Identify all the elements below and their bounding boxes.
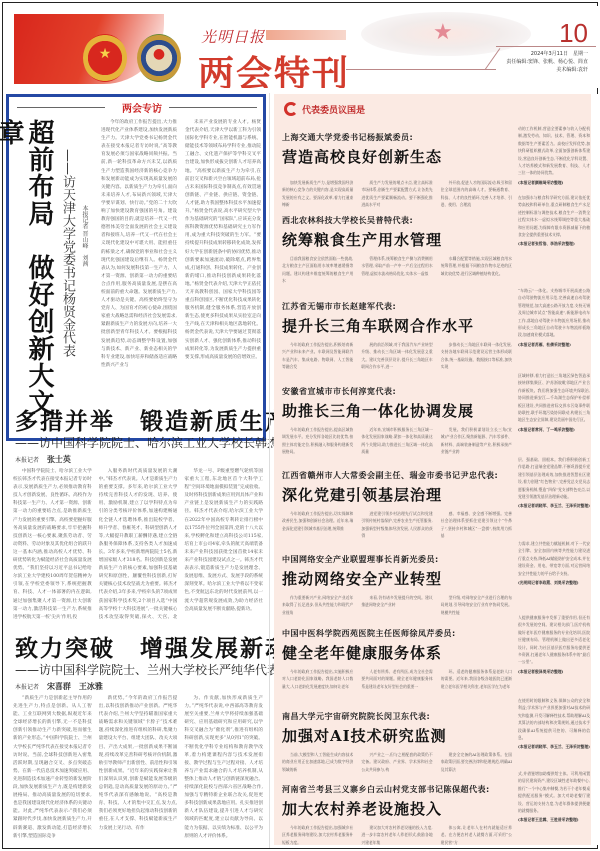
brief-item: 安徽省宣城市市长何淳宽代表: 助推长三角一体化协调发展 今年的政府工作报告提出,… xyxy=(282,386,590,421)
brief-side-column: 力需求,建立共性能力赋能机制,对下一代安全引擎、安全加固内核等共性能力建设进行重… xyxy=(518,540,590,586)
body-column: 来看,仍有诸多发展提升的空间。建议推进网络安全产业转 xyxy=(361,594,432,624)
date-line: 2024年3月11日 星期一 xyxy=(506,50,588,58)
body-column: 兴产业之一,但与之相配套的政策仍不完备。建议政府、产业界、学术界和社会公众共同参… xyxy=(361,751,432,781)
star-icon: ★ xyxy=(433,20,453,45)
brief-side-column: 层、强基础、固根本。我们将积极创新工作思路,打造瑞金党建品牌,不断巩固提升党建引… xyxy=(518,456,590,510)
reporter-credit: (本报记者苏雁、杜倩采访整理) xyxy=(518,341,590,348)
side-text: 在使用时的限制和义务,保障公众的安全和利益;学术界与产业界要加强对AI技术的研究… xyxy=(518,698,590,740)
byline-names: 晋山峰 刘茜 xyxy=(81,231,88,267)
feature-byline: 本报记者 晋山峰 刘茜 xyxy=(79,205,89,267)
body-column: 作为重要新兴产业,网络安全产业近年来取得了长足进步,但从共性能力和现代产业视角 xyxy=(282,594,353,624)
article-headline: 多措并举 锻造新质生产力 xyxy=(15,403,315,436)
brief-body: 今年的政府工作报告提出,积极培育新兴产业和未来产业。车联网及智能网联汽车是汽车、… xyxy=(282,341,512,371)
edition-info: 2024年3月11日 星期一 责任编辑:窦锋、张帆、杨心悦、简直 美术编辑:袁轩 xyxy=(506,50,588,74)
body-column: 水耦合配置等措施,实现区域粮食用水统筹管理,并根据不同粮食作物水足迹的区域比较优… xyxy=(441,255,512,285)
article-subheadline: ——访中国科学院院士、哈尔滨工业大学校长韩杰才代表 xyxy=(15,434,315,451)
reporter-credit: (本报记者常河、丁一鸣采访整理) xyxy=(518,426,590,433)
article-body: “新质生产力是创新起主导作用的先进生产力,特点是创新。从人工智能、工业互联网到大… xyxy=(13,695,263,843)
brief-body: 今年的政府工作报告提出,切实保障和改善民生,加强和创新社会治理。近年来,瑞金深化… xyxy=(282,510,512,540)
article-headline: 致力突破 增强发展新动能 xyxy=(15,630,315,663)
body-column: 步推动长三角地区车联网一体化发展,支持各地车联网示范建设运营主体形成联合体,统一… xyxy=(441,341,512,371)
brief-body: 当前,大模型和人工智能生成内容技术的商业应用正在加速落地,已成为数字经济领域的新… xyxy=(282,751,512,781)
panel-header: 代表委员议国是 xyxy=(284,102,365,116)
rubric-rule-left xyxy=(17,107,105,108)
body-column: 感、幸福感、安全感不断增强。完善社会治理体系要抓住党建引领这个“牛鼻子”,坚持乡… xyxy=(441,510,512,540)
brief-body: 加快发展新质生产力,是增强我国经济新的核心竞争力的关键内容,是实现高质量发展的应… xyxy=(282,179,512,209)
brief-side-column: 在使用时的限制和义务,保障公众的安全和利益;学术界与产业界要加强对AI技术的研究… xyxy=(518,697,590,751)
body-column: 质生产力发展的堵点卡点,建立高标准市场体系,创新生产要素配置方式,让各类先进优质… xyxy=(361,179,432,209)
body-column: 新优势。”今年的政府工作报告提出,以科技创新推动产业创新。严纯华代表介绍,兰州大… xyxy=(99,695,178,843)
page-number: 10 xyxy=(559,18,588,49)
body-column: 型升级,对网络安全产业进行合理的布局规划,引导网络安全行业有序协同发展。规模共性… xyxy=(441,594,512,624)
article-byline: 本报记者 宋喜群 王冰雅 xyxy=(15,681,103,692)
body-column: 展的前沿领域,对于我国汽车产业转型升级、推动长三角区域一体化发展意义重大。建议完… xyxy=(361,341,432,371)
body-column: 体公寓,让老年人在村内就能适应养老。在方便农村老人就餐方面,可采用“公建民营”方 xyxy=(441,824,512,846)
reporter-credit: (本报记者胡晓军、李玉兰、王泽采访整理) xyxy=(518,743,590,750)
brief-item: 河南省兰考县三义寨乡白云山村党支部书记陈保超代表: 加大农村养老设施投入 今年的… xyxy=(282,784,590,819)
body-column: 人老有所养、老有所医,成为全社会需要共同面对的课题。健全老年健康服务体系是建设老… xyxy=(361,668,432,698)
body-column: 环。适老的健康服务体系是老龄人口的需要。近年来,我国各级各地医院已逐渐建立老年医… xyxy=(441,668,512,698)
byline-names: 宋喜群 王冰雅 xyxy=(47,681,103,691)
header-rule xyxy=(346,69,496,70)
brief-item: 江苏省无锡市市长赵建军代表: 提升长三角车联网合作水平 今年的政府工作报告提出,… xyxy=(282,301,590,336)
brief-body: 今年的政府工作报告提出,提高区域协调发展水平。充分发挥各地区比较优势,按照主体功… xyxy=(282,426,512,456)
byline-label: 本报记者 xyxy=(81,205,88,229)
brief-side-column: 人提供健康服务中发挥了重要作用,但还有很多发展的空间。建议相关部门,医疗机构做好… xyxy=(518,614,590,675)
column-divider xyxy=(269,93,270,848)
body-column: 管理体系,统筹粮食生产侧与消费侧用水管理,采取产前一产中一产后全过程用水管理,虚… xyxy=(361,255,432,285)
body-column: 建安全完备的AI治理政策体系。在国家政策层面,要完善法律和伦理规范,明确AI及其… xyxy=(441,751,512,781)
reporter-credit: (本报记者张哲浩、李浩采访整理) xyxy=(518,240,590,247)
cppcc-emblem-icon: ● xyxy=(137,34,181,82)
side-text: 力需求,建立共性能力赋能机制,对下一代安全引擎、安全加固内核等共性能力建设进行重… xyxy=(518,541,590,576)
side-text: “车路云”一体化。支持城市开展高速公路自动驾驶物流应用示范,完善高速自动驾驶管理… xyxy=(518,288,590,337)
body-column: 为、作贡献,加快形成新质生产力。”严纯华代表说,中西部高等教育发展至关重要,兰州… xyxy=(184,695,263,843)
side-text: 式,并借鉴增加助餐供给主体。可利用闲置的居民建筑资产,建设区域性老年助餐中心,推… xyxy=(518,771,590,813)
side-text: 人提供健康服务中发挥了重要作用,但还有很多发展的空间。建议相关部门,医疗机构做好… xyxy=(518,615,590,664)
byline-names: 张士英 xyxy=(47,454,71,464)
body-column: 未来产业发展的专业人才。杨贤金代表介绍,天津大学以新工科为引领国际化学科专业,在… xyxy=(185,119,261,437)
rubric-header: 两会专访 xyxy=(17,100,257,114)
column-logo-icon xyxy=(284,102,298,116)
brief-side-column: 在加强水与粮食科学研究方面,建议依托优势高校和科研单位,重点研制粮食生产水足迹控… xyxy=(518,194,590,248)
brief-side-column: 动的工作机制,营造全要素参与收入分配机制,激发劳动、知识、技术、管理、资本和数据… xyxy=(518,125,590,186)
article-byline: 本报记者 张士英 xyxy=(15,454,71,465)
reporter-credit: (本报记者颜维琦采访整理) xyxy=(518,179,590,186)
feature-body: 今年的政府工作报告提出,大力推进现代化产业体系建设,加快发展新质生产力。天津大学… xyxy=(101,119,261,437)
masthead: ★ ★ ● 光明日报 两会特刊 10 2024年3月11日 星期一 责任编辑:窦… xyxy=(6,6,600,88)
body-column: 目前我国粮食安全依然面临一些挑战,北方粮食主产区面临用水效率增速缓慢等问题。建议… xyxy=(282,255,353,285)
body-column: 今年的政府工作报告提出,加强城乡社区养老服务网络建设,加大农村养老服务补短板力度… xyxy=(282,824,353,846)
body-column: 外开放,促进人才的国际流动,吸引和留住全球范围内的高端人才。要畅通教育、科技、人… xyxy=(441,179,512,209)
brief-side-column: 式,并借鉴增加助餐供给主体。可利用闲置的居民建筑资产,建设区域性老年助餐中心,推… xyxy=(518,770,590,842)
brief-body: 作为重要新兴产业,网络安全产业近年来取得了长足进步,但从共性能力和现代产业视角 … xyxy=(282,594,512,624)
body-column: 进党建引领乡村治理先行试点和党建引领传统村落保护,完善农业生产托管服务,加强新型… xyxy=(361,510,432,540)
body-column: 中国科学院院士、哈尔滨工业大学校长韩杰才代表在接受本报记者专访时表示,发展新质生… xyxy=(13,468,92,620)
body-column: 华龙一号、F级重型燃气轮机等国家重大工程,东北地区首个大科学工程“空间环境地面模… xyxy=(184,468,263,620)
body-column: 今年的政府工作报告提出,提高区域协调发展水平。充分发挥各地区比较优势,按照主体功… xyxy=(282,426,353,456)
newspaper-page: ★ ★ ● 光明日报 两会特刊 10 2024年3月11日 星期一 责任编辑:窦… xyxy=(2,2,598,849)
brief-body: 今年的政府工作报告提出,加强城乡社区养老服务网络建设,加大农村养老服务补短板力度… xyxy=(282,824,512,848)
header-band-decoration xyxy=(266,30,346,40)
feature-interview-box: 两会专访 超前布局 做好创新大文章 ——访天津大学党委书记杨贤金代表 本报记者 … xyxy=(6,94,266,441)
article-body: 中国科学院院士、哈尔滨工业大学校长韩杰才代表在接受本报记者专访时表示,发展新质生… xyxy=(13,468,263,620)
brief-item: 江西省赣州市人大常委会副主任、瑞金市委书记尹忠代表: 深化党建引领基层治理 今年… xyxy=(282,470,590,505)
art-editor-line: 美术编辑:袁轩 xyxy=(506,66,588,74)
brief-side-column: 区域转移,着力打造长三角地区绿色智造承接转移集聚区、沪苏浙皖毗邻地区产业合作新板… xyxy=(518,372,590,433)
body-column: 近年来,宣城市积极服务长三角区域一体化发展国家战略,紧扣一体化和高质量这两个关键… xyxy=(361,426,432,456)
national-emblem-icon: ★ xyxy=(83,34,127,82)
body-column: 建议加大对农村养老设施的投入力度,进一步丰富农村老年人养老形式,鼓励各地兴建老年… xyxy=(361,824,432,846)
body-column: “新质生产力是创新起主导作用的先进生产力,特点是创新。从人工智能、工业互联网到大… xyxy=(13,695,92,843)
section-title: 两会特刊 xyxy=(198,46,350,88)
body-column: 今年的政府工作报告提出,积极培育新兴产业和未来产业。车联网及智能网联汽车是汽车、… xyxy=(282,341,353,371)
body-column: 当前,大模型和人工智能生成内容技术的商业应用正在加速落地,已成为数字经济领域的新 xyxy=(282,751,353,781)
reporter-credit: (本报记者王丞霖、王胜昔采访整理) xyxy=(518,816,590,823)
reporter-credit: (本报记者胡晓军、李玉兰、王泽采访整理) xyxy=(518,502,590,509)
body-column: 入服务新时代高质量发展的大潮中。”韩杰才代表说。人才是新质生产力的重要支撑。多年… xyxy=(99,468,178,620)
body-column: 发展。我们积极谋划设立长三角(宣城)产业合作区,聚焦新能源、汽车零部件、新材料、… xyxy=(441,426,512,456)
byline-label: 本报记者 xyxy=(15,684,39,691)
brief-body: 目前我国粮食安全依然面临一些挑战,北方粮食主产区面临用水效率增速缓慢等问题。建议… xyxy=(282,255,512,285)
brief-item: 西北农林科技大学校长吴普特代表: 统筹粮食生产用水管理 目前我国粮食安全依然面临… xyxy=(282,215,590,250)
rubric-label: 两会专访 xyxy=(113,100,171,115)
side-text: 层、强基础、固根本。我们将积极创新工作思路,打造瑞金党建品牌,不断巩固提升党建引… xyxy=(518,457,590,499)
brief-item: 中国网络安全产业联盟理事长肖新光委员: 推动网络安全产业转型 作为重要新兴产业,… xyxy=(282,554,590,589)
newspaper-name: 光明日报 xyxy=(201,26,265,47)
editors-line: 责任编辑:窦锋、张帆、杨心悦、简直 xyxy=(506,58,588,66)
delegates-panel: 代表委员议国是 上海交通大学党委书记杨振斌委员: 营造高校良好创新生态 加快发展… xyxy=(274,94,599,845)
side-text: 区域转移,着力打造长三角地区绿色智造承接转移集聚区、沪苏浙皖毗邻地区产业合作新板… xyxy=(518,373,590,422)
byline-label: 本报记者 xyxy=(15,457,39,464)
feature-subheadline: ——访天津大学党委书记杨贤金代表 xyxy=(59,149,75,357)
panel-label: 代表委员议国是 xyxy=(302,103,365,116)
body-column: 今年的政府工作报告提出,切实保障和改善民生,加强和创新社会治理。近年来,瑞金深化… xyxy=(282,510,353,540)
brief-item: 南昌大学元宇宙研究院院长闵卫东代表: 加强对AI技术研究监测 当前,大模型和人工… xyxy=(282,711,590,746)
article-subheadline: ——访中国科学院院士、兰州大学校长严纯华代表 xyxy=(15,661,279,678)
reporter-credit: (光明网记者李政葳、刘昊采访整理) xyxy=(518,579,590,586)
brief-body: 今年的政府工作报告提出,实施积极应对人口老龄化国家战略。我国老龄人口数量大,人口… xyxy=(282,668,512,698)
body-column: 加快发展新质生产力,是增强我国经济新的核心竞争力的关键内容,是实现高质量发展的应… xyxy=(282,179,353,209)
side-text: 动的工作机制,营造全要素参与收入分配机制,激发劳动、知识、技术、管理、资本和数据… xyxy=(518,126,590,175)
brief-item: 中国中医科学院西苑医院主任医师徐凤芹委员: 健全老年健康服务体系 今年的政府工作… xyxy=(282,628,590,663)
rubric-rule-right xyxy=(169,107,257,108)
side-text: 在加强水与粮食科学研究方面,建议依托优势高校和科研单位,重点研制粮食生产水足迹控… xyxy=(518,195,590,237)
brief-side-column: “车路云”一体化。支持城市开展高速公路自动驾驶物流应用示范,完善高速自动驾驶管理… xyxy=(518,287,590,348)
brief-item: 上海交通大学党委书记杨振斌委员: 营造高校良好创新生态 加快发展新质生产力,是增… xyxy=(282,132,590,167)
reporter-credit: (本报记者殷泽昊采访整理) xyxy=(518,668,590,675)
body-column: 今年的政府工作报告提出,大力推进现代化产业体系建设,加快发展新质生产力。天津大学… xyxy=(101,119,177,437)
body-column: 今年的政府工作报告提出,实施积极应对人口老龄化国家战略。我国老龄人口数量大,人口… xyxy=(282,668,353,698)
feature-headline: 超前布局 做好创新大文章 xyxy=(24,119,54,438)
